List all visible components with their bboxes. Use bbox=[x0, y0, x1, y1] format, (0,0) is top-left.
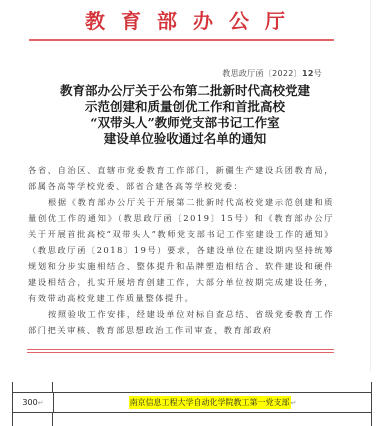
title-line: 教育部办公厅关于公布第二批新时代高校党建 bbox=[0, 83, 370, 99]
table-border-tick bbox=[52, 382, 53, 392]
title-line: “双带头人”教师党支部书记工作室 bbox=[0, 115, 370, 131]
table-border-tick bbox=[371, 382, 372, 392]
document-number: 教思政厅函〔2022〕12号 bbox=[222, 68, 322, 79]
unit-name-highlighted: 南京信息工程大学自动化学院教工第一党支部 bbox=[129, 396, 291, 409]
table-border-tick bbox=[371, 413, 372, 426]
red-divider-bottom bbox=[27, 349, 334, 353]
table-top-borders bbox=[12, 382, 372, 392]
title-line: 建设单位验收通过名单的通知 bbox=[0, 131, 370, 147]
doc-number-prefix: 教思政厅函〔2022〕 bbox=[222, 69, 302, 78]
document-body: 各省、自治区、直辖市党委教育工作部门，新疆生产建设兵团教育局，部属各高等学校党委… bbox=[28, 162, 334, 338]
table-border-tick bbox=[12, 382, 13, 392]
row-number-cell: 300↵ bbox=[13, 393, 54, 413]
doc-number-value: 12 bbox=[302, 69, 314, 78]
doc-number-suffix: 号 bbox=[314, 69, 322, 78]
paragraph-mark-icon: ↵ bbox=[291, 399, 297, 407]
row-number: 300 bbox=[22, 398, 37, 407]
red-divider-top bbox=[29, 39, 334, 41]
table-bottom-borders bbox=[12, 413, 372, 426]
unit-list-table: 300↵ 南京信息工程大学自动化学院教工第一党支部↵ bbox=[12, 392, 372, 413]
page-edge bbox=[370, 0, 371, 372]
document-title: 教育部办公厅关于公布第二批新时代高校党建 示范创建和质量创优工作和首批高校 “双… bbox=[0, 83, 370, 147]
paragraph-mark-icon: ↵ bbox=[38, 399, 44, 407]
title-line: 示范创建和质量创优工作和首批高校 bbox=[0, 99, 370, 115]
salutation: 各省、自治区、直辖市党委教育工作部门，新疆生产建设兵团教育局，部属各高等学校党委… bbox=[28, 162, 334, 194]
table-border-tick bbox=[52, 413, 53, 426]
body-paragraph: 按照验收工作安排，经建设单位对标自查总结、省级党委教育工作部门把关审核、教育部思… bbox=[28, 306, 334, 338]
issuer-header: 教育部办公厅 bbox=[0, 5, 370, 34]
body-paragraph: 根据《教育部办公厅关于开展第二批新时代高校党建示范创建和质量创优工作的通知》（教… bbox=[28, 194, 334, 306]
table-border-tick bbox=[12, 413, 13, 426]
unit-name-cell: 南京信息工程大学自动化学院教工第一党支部↵ bbox=[54, 393, 372, 413]
table-row: 300↵ 南京信息工程大学自动化学院教工第一党支部↵ bbox=[13, 393, 372, 413]
document-page: 教育部办公厅 教思政厅函〔2022〕12号 教育部办公厅关于公布第二批新时代高校… bbox=[0, 0, 370, 372]
